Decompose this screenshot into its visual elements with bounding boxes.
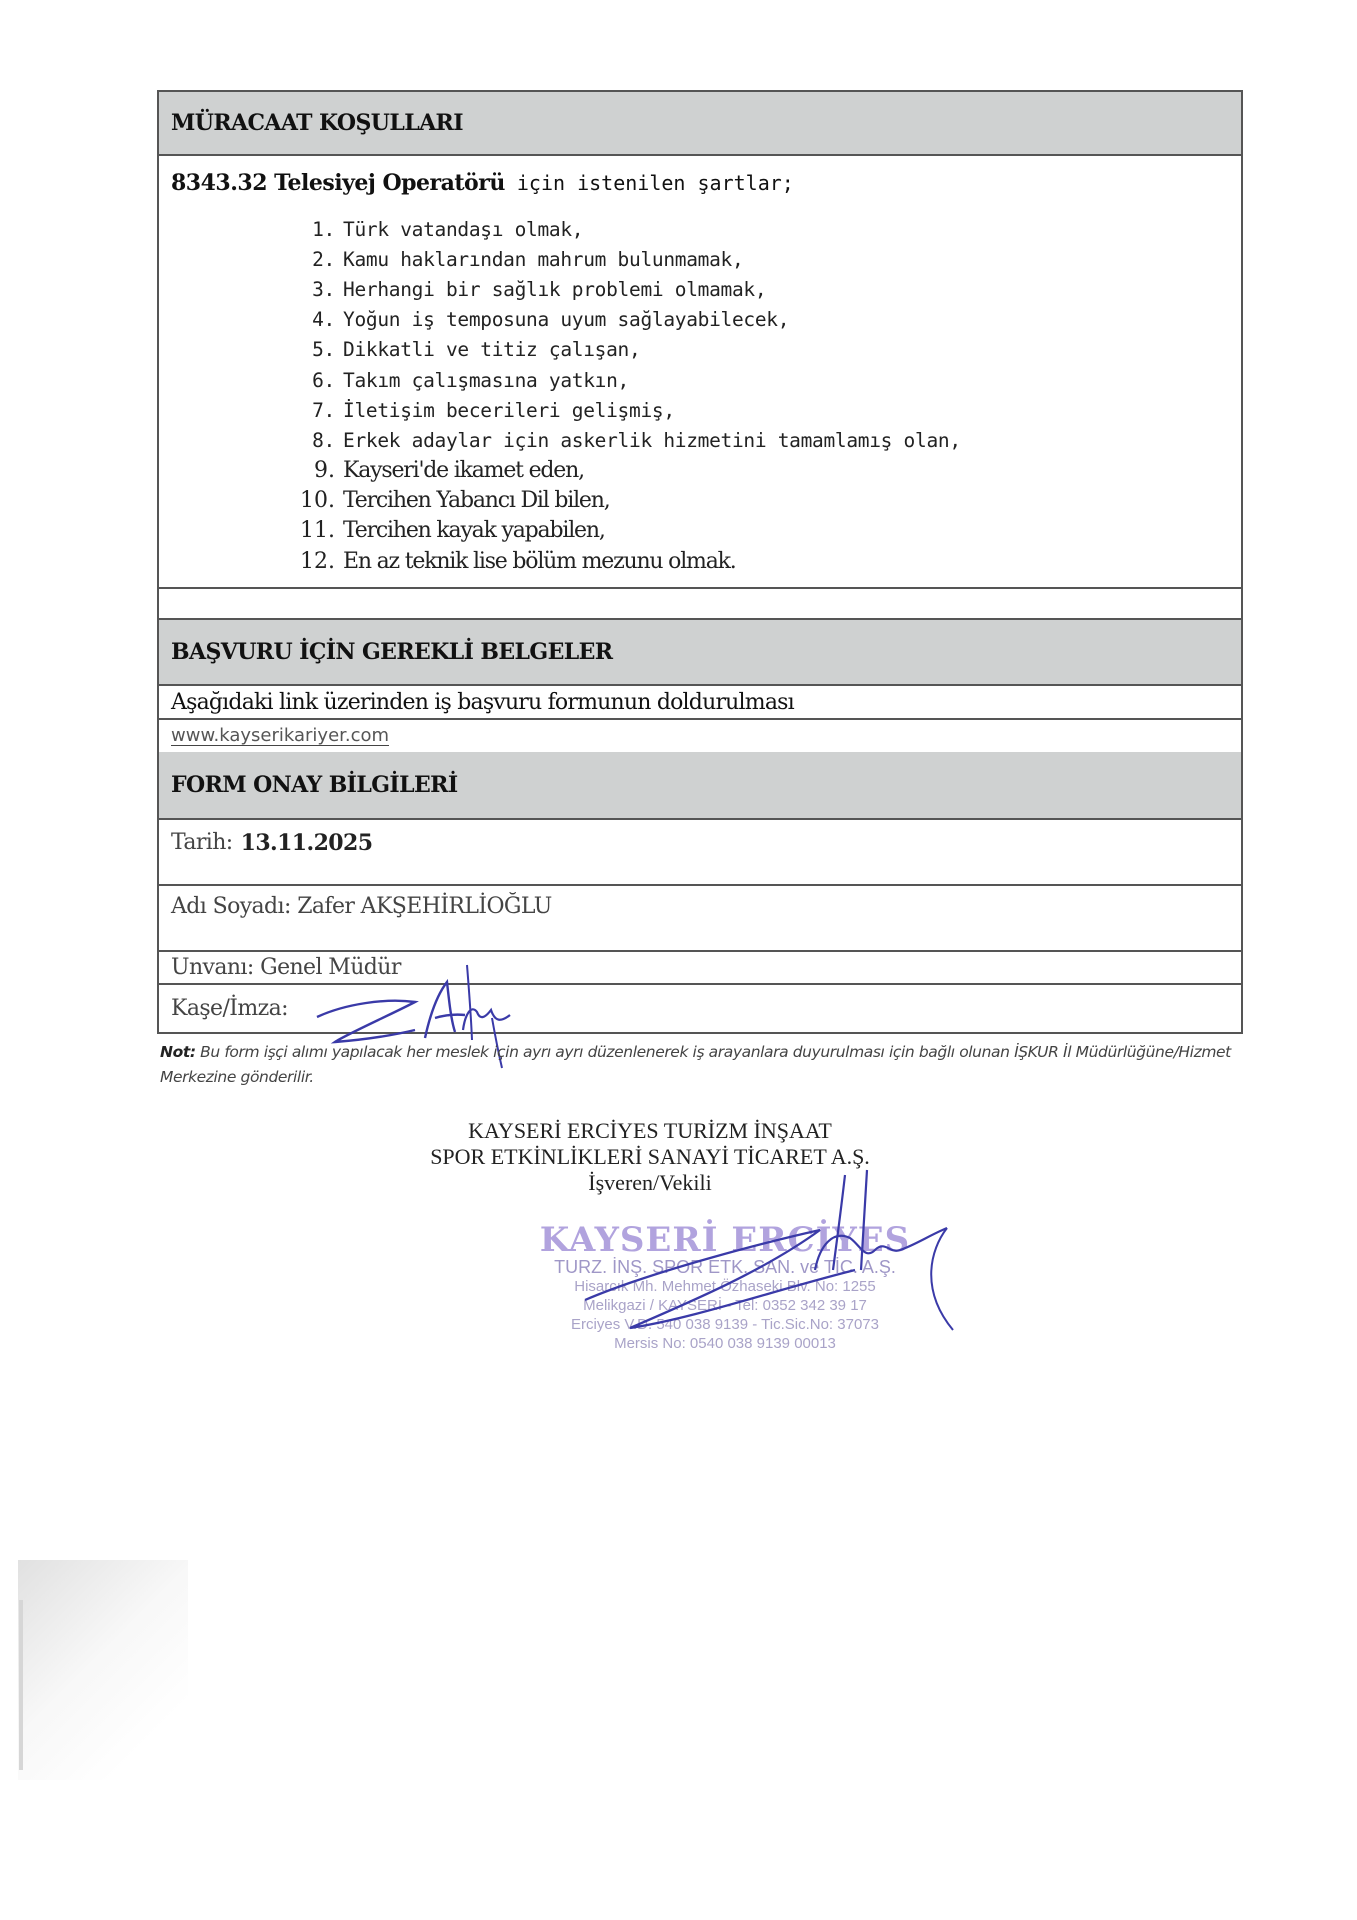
title-row: Unvanı: Genel Müdür: [159, 952, 1241, 985]
requirement-text: Kamu haklarından mahrum bulunmamak,: [343, 248, 743, 271]
url-row: www.kayserikariyer.com: [159, 720, 1241, 754]
requirement-item: 7.İletişim becerileri gelişmiş,: [297, 395, 961, 425]
company-stamp: KAYSERİ ERCİYES TURZ. İNŞ. SPOR ETK. SAN…: [505, 1222, 945, 1353]
requirement-item: 4.Yoğun iş temposuna uyum sağlayabilecek…: [297, 305, 961, 335]
requirement-text: Takım çalışmasına yatkın,: [343, 369, 629, 392]
requirement-item: 3.Herhangi bir sağlık problemi olmamak,: [297, 274, 961, 304]
requirement-text: Tercihen Yabancı Dil bilen,: [343, 488, 610, 513]
requirement-number: 5.: [297, 338, 343, 361]
name-value: Zafer AKŞEHİRLİOĞLU: [297, 894, 551, 919]
requirement-number: 8.: [297, 429, 343, 452]
requirement-item: 5.Dikkatli ve titiz çalışan,: [297, 335, 961, 365]
requirement-item: 10.Tercihen Yabancı Dil bilen,: [297, 486, 961, 516]
requirement-number: 10.: [297, 488, 343, 513]
requirement-text: Dikkatli ve titiz çalışan,: [343, 338, 640, 361]
stamp-line2: Hisarcık Mh. Mehmet Özhaseki Blv. No: 12…: [505, 1277, 945, 1296]
requirement-item: 11.Tercihen kayak yapabilen,: [297, 516, 961, 546]
requirements-body: 8343.32 Telesiyej Operatörü için istenil…: [159, 156, 1241, 589]
title-value: Genel Müdür: [260, 955, 401, 980]
employer-line3: İşveren/Vekili: [350, 1170, 950, 1196]
requirement-item: 9.Kayseri'de ikamet eden,: [297, 456, 961, 486]
requirement-number: 3.: [297, 278, 343, 301]
requirement-item: 8.Erkek adaylar için askerlik hizmetini …: [297, 425, 961, 455]
requirement-item: 2.Kamu haklarından mahrum bulunmamak,: [297, 244, 961, 274]
requirement-text: Türk vatandaşı olmak,: [343, 218, 583, 241]
scan-edge: [19, 1600, 23, 1770]
note-label: Not:: [160, 1043, 196, 1061]
employer-line2: SPOR ETKİNLİKLERİ SANAYİ TİCARET A.Ş.: [350, 1144, 950, 1170]
requirements-header: MÜRACAAT KOŞULLARI: [159, 90, 1241, 156]
requirement-text: Kayseri'de ikamet eden,: [343, 458, 584, 483]
approval-header: FORM ONAY BİLGİLERİ: [159, 752, 1241, 820]
position-title: 8343.32 Telesiyej Operatörü: [171, 170, 505, 196]
signature-label: Kaşe/İmza:: [171, 996, 288, 1021]
documents-header: BAŞVURU İÇİN GEREKLİ BELGELER: [159, 620, 1241, 686]
empty-row: [159, 589, 1241, 620]
requirement-text: Yoğun iş temposuna uyum sağlayabilecek,: [343, 308, 789, 331]
requirement-text: Tercihen kayak yapabilen,: [343, 518, 605, 543]
requirement-number: 12.: [297, 549, 343, 574]
name-label: Adı Soyadı:: [171, 894, 291, 919]
title-label: Unvanı:: [171, 955, 254, 980]
requirement-item: 12.En az teknik lise bölüm mezunu olmak.: [297, 546, 961, 576]
stamp-line5: Mersis No: 0540 038 9139 00013: [505, 1334, 945, 1353]
requirement-text: Herhangi bir sağlık problemi olmamak,: [343, 278, 766, 301]
requirement-number: 6.: [297, 369, 343, 392]
requirement-text: Erkek adaylar için askerlik hizmetini ta…: [343, 429, 961, 452]
approval-table: FORM ONAY BİLGİLERİ Tarih: 13.11.2025 Ad…: [157, 752, 1243, 1034]
employer-block: KAYSERİ ERCİYES TURİZM İNŞAAT SPOR ETKİN…: [350, 1118, 950, 1196]
employer-line1: KAYSERİ ERCİYES TURİZM İNŞAAT: [350, 1118, 950, 1144]
requirement-item: 1.Türk vatandaşı olmak,: [297, 214, 961, 244]
requirement-text: İletişim becerileri gelişmiş,: [343, 399, 675, 422]
documents-table: BAŞVURU İÇİN GEREKLİ BELGELER Aşağıdaki …: [157, 620, 1243, 754]
requirements-list: 1.Türk vatandaşı olmak,2.Kamu haklarında…: [171, 214, 961, 576]
note-text: Bu form işçi alımı yapılacak her meslek …: [160, 1043, 1231, 1086]
requirement-number: 11.: [297, 518, 343, 543]
date-value: 13.11.2025: [241, 830, 373, 856]
date-label: Tarih:: [171, 830, 233, 855]
name-row: Adı Soyadı: Zafer AKŞEHİRLİOĞLU: [159, 886, 1241, 952]
requirement-number: 7.: [297, 399, 343, 422]
application-link[interactable]: www.kayserikariyer.com: [171, 726, 389, 746]
requirements-table: MÜRACAAT KOŞULLARI 8343.32 Telesiyej Ope…: [157, 90, 1243, 620]
signature-row: Kaşe/İmza:: [159, 985, 1241, 1034]
requirements-subtitle: 8343.32 Telesiyej Operatörü için istenil…: [171, 170, 794, 196]
requirement-number: 2.: [297, 248, 343, 271]
stamp-line3: Melikgazi / KAYSERİ - Tel: 0352 342 39 1…: [505, 1296, 945, 1315]
documents-instruction: Aşağıdaki link üzerinden iş başvuru form…: [159, 686, 1241, 720]
requirement-item: 6.Takım çalışmasına yatkın,: [297, 365, 961, 395]
stamp-line4: Erciyes V.D. 540 038 9139 - Tic.Sic.No: …: [505, 1315, 945, 1334]
scan-shadow: [18, 1560, 188, 1780]
subtitle-rest: için istenilen şartlar;: [505, 171, 794, 195]
requirement-text: En az teknik lise bölüm mezunu olmak.: [343, 549, 736, 574]
requirement-number: 4.: [297, 308, 343, 331]
requirement-number: 9.: [297, 458, 343, 483]
date-row: Tarih: 13.11.2025: [159, 820, 1241, 886]
stamp-title: KAYSERİ ERCİYES: [505, 1222, 945, 1258]
requirement-number: 1.: [297, 218, 343, 241]
stamp-line1: TURZ. İNŞ. SPOR ETK. SAN. ve TİC. A.Ş.: [505, 1258, 945, 1277]
footnote: Not: Bu form işçi alımı yapılacak her me…: [160, 1040, 1240, 1090]
